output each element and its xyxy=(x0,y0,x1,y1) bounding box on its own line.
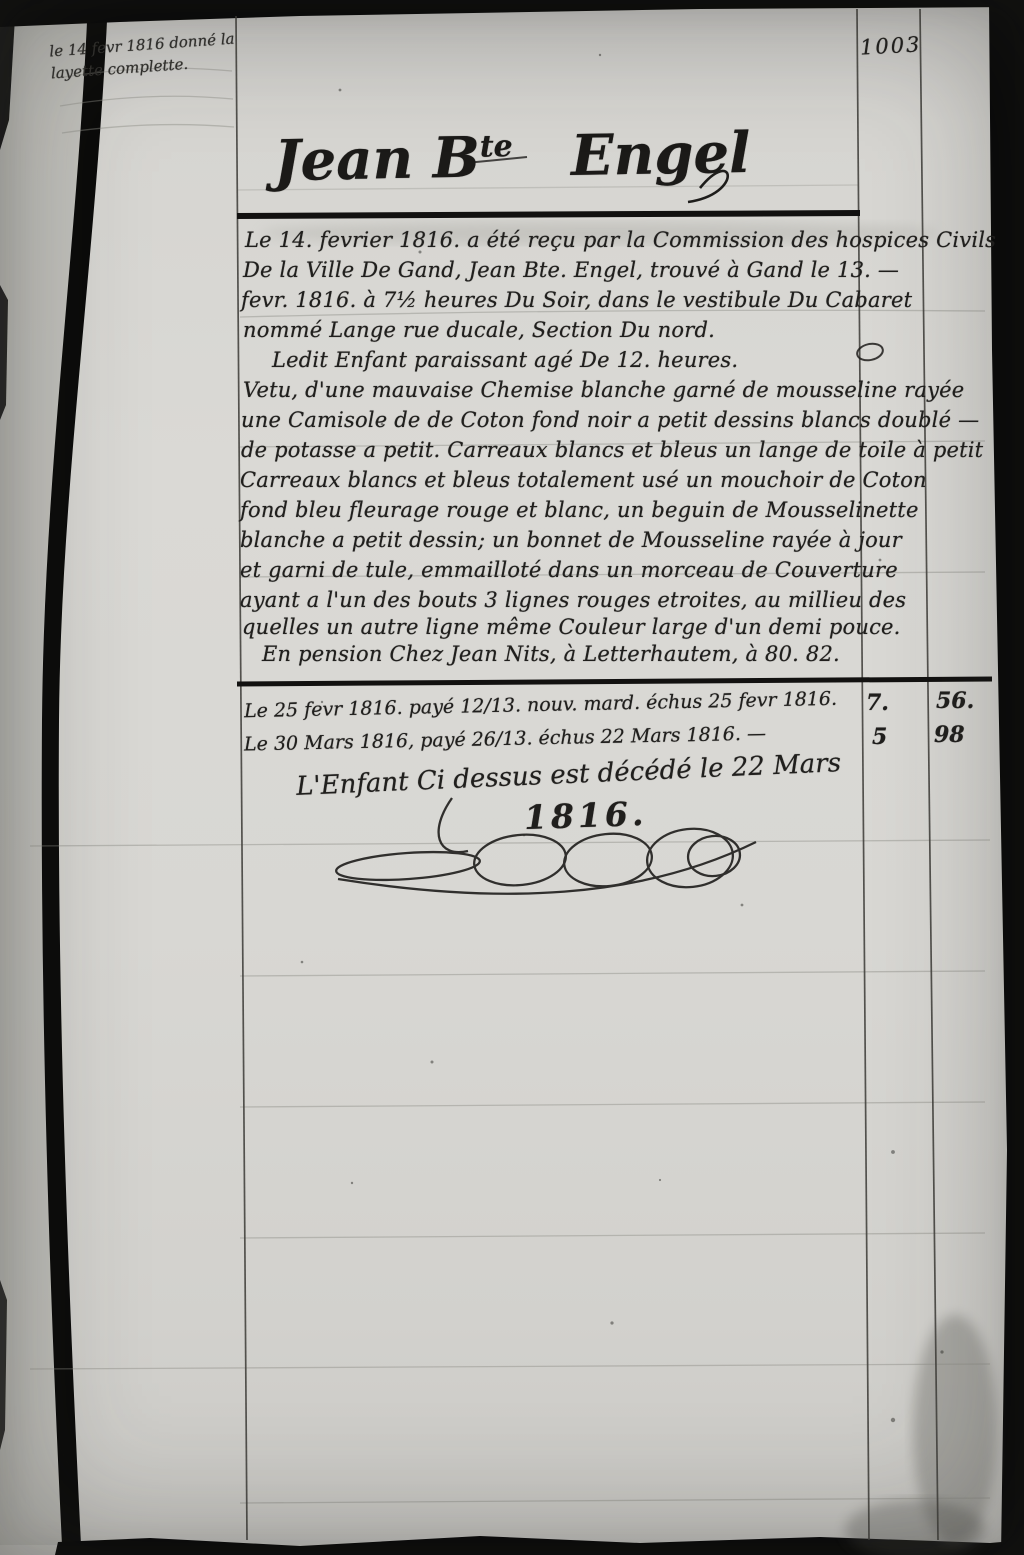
entry-line: En pension Chez Jean Nits, à Letterhaute… xyxy=(262,642,840,666)
register-page-scan: le 14 fevr 1816 donné la layette complet… xyxy=(0,0,1024,1555)
title-first-name: Jean B xyxy=(273,125,480,195)
entry-line: fevr. 1816. à 7½ heures Du Soir, dans le… xyxy=(241,288,912,312)
entry-line: fond bleu fleurage rouge et blanc, un be… xyxy=(240,498,919,522)
top-scan-edge xyxy=(0,0,1024,27)
title-surname: Engel xyxy=(570,120,751,189)
payment-amount-left: 5 xyxy=(872,724,887,750)
entry-line: De la Ville De Gand, Jean Bte. Engel, tr… xyxy=(243,258,899,282)
entry-line: Vetu, d'une mauvaise Chemise blanche gar… xyxy=(243,378,964,402)
page-number: 1003 xyxy=(859,32,922,59)
title-superscript: te xyxy=(479,129,513,165)
title-gap xyxy=(513,175,571,176)
title-rule xyxy=(237,213,860,216)
entry-line: blanche a petit dessin; un bonnet de Mou… xyxy=(240,528,902,552)
payment-amount-right: 98 xyxy=(934,722,965,748)
entry-line: nommé Lange rue ducale, Section Du nord. xyxy=(243,318,715,342)
section-rule xyxy=(237,679,992,684)
entry-line: ayant a l'un des bouts 3 lignes rouges e… xyxy=(240,588,906,612)
entry-line: une Camisole de de Coton fond noir a pet… xyxy=(241,408,979,432)
entry-line: Ledit Enfant paraissant agé De 12. heure… xyxy=(272,348,738,372)
entry-title: Jean BteEngel xyxy=(273,120,750,194)
entry-line: quelles un autre ligne même Couleur larg… xyxy=(242,615,901,639)
payment-amount-left: 7. xyxy=(866,690,889,716)
entry-line: Carreaux blancs et bleus totalement usé … xyxy=(240,468,927,492)
entry-line: et garni de tule, emmailloté dans un mor… xyxy=(240,558,898,582)
death-note-year: 1816. xyxy=(523,794,648,837)
payment-amount-right: 56. xyxy=(936,688,974,714)
entry-line: Le 14. fevrier 1816. a été reçu par la C… xyxy=(245,228,996,252)
entry-line: de potasse a petit. Carreaux blancs et b… xyxy=(241,438,983,462)
